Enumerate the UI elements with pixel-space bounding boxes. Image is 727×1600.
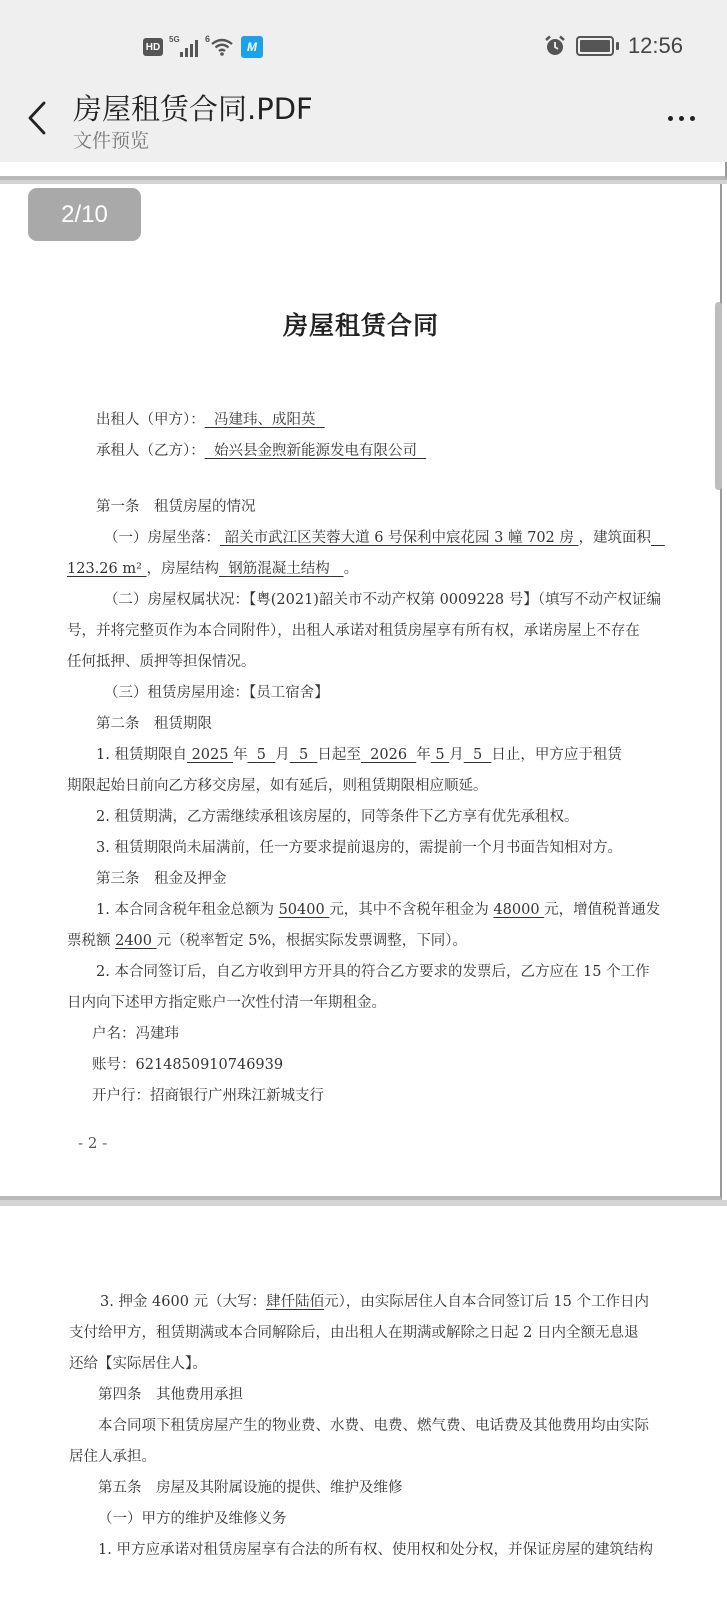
app-header: 房屋租赁合同.PDF 文件预览: [0, 80, 727, 162]
article-4-line1: 本合同项下租赁房屋产生的物业费、水费、电费、燃气费、电话费及其他费用均由实际: [98, 1414, 649, 1435]
page-number: - 2 -: [78, 1134, 107, 1152]
status-icons-right: 12:56: [544, 32, 683, 60]
article-3-3-line2: 支付给甲方，租赁期满或本合同解除后，由出租人在期满或解除之日起 2 日内全额无息…: [69, 1321, 638, 1342]
more-dots-icon: [668, 116, 673, 121]
app-notification-icon: M: [241, 36, 263, 58]
account-name: 户名：冯建玮: [92, 1022, 179, 1043]
account-number: 账号：6214850910746939: [92, 1053, 283, 1074]
more-options-button[interactable]: [661, 108, 701, 128]
article-3-1-line1: 1. 本合同含税年租金总额为 50400 元，其中不含税年租金为 48000 元…: [96, 898, 660, 919]
article-1-2-line3: 任何抵押、质押等担保情况。: [67, 650, 256, 671]
article-1-1-line2: 123.26 m² ，房屋结构 钢筋混凝土结构 。: [67, 557, 358, 578]
account-bank: 开户行：招商银行广州珠江新城支行: [92, 1084, 324, 1105]
file-subtitle: 文件预览: [73, 126, 149, 153]
status-bar: HD 5G 6 M 12:56: [0, 0, 727, 90]
article-4-heading: 第四条 其他费用承担: [98, 1383, 243, 1404]
article-2-2: 2. 租赁期满，乙方需继续承租该房屋的，同等条件下乙方享有优先承租权。: [96, 805, 578, 826]
article-2-3: 3. 租赁期限尚未届满前，任一方要求提前退房的，需提前一个月书面告知相对方。: [96, 836, 622, 857]
article-2-heading: 第二条 租赁期限: [96, 712, 212, 733]
status-icons-left: HD 5G 6 M: [143, 34, 263, 60]
article-1-2-line2: 号，并将完整页作为本合同附件），出租人承诺对租赁房屋享有所有权，承诺房屋上不存在: [67, 619, 640, 640]
lessee-name: 始兴县金煦新能源发电有限公司: [205, 443, 426, 459]
article-3-2-line1: 2. 本合同签订后，自乙方收到甲方开具的符合乙方要求的发票后，乙方应在 15 个…: [96, 960, 650, 981]
article-5-1-1: 1. 甲方应承诺对租赁房屋享有合法的所有权、使用权和处分权，并保证房屋的建筑结构: [98, 1538, 653, 1559]
lessee-line: 承租人（乙方）： 始兴县金煦新能源发电有限公司: [96, 439, 426, 460]
article-1-heading: 第一条 租赁房屋的情况: [96, 495, 256, 516]
signal-icon: 5G: [169, 37, 199, 57]
article-3-2-line2: 日内向下述甲方指定账户一次性付清一年期租金。: [67, 991, 386, 1012]
page-indicator: 2/10: [28, 188, 141, 241]
wifi-icon: 6: [205, 36, 235, 58]
article-1-3: （三）租赁房屋用途：【员工宿舍】: [104, 681, 329, 702]
hd-icon: HD: [143, 38, 163, 56]
file-title: 房屋租赁合同.PDF: [73, 87, 313, 128]
article-4-line2: 居住人承担。: [69, 1445, 156, 1466]
scrollbar[interactable]: [715, 302, 722, 490]
article-5-heading: 第五条 房屋及其附属设施的提供、维护及维修: [98, 1476, 403, 1497]
article-3-3-line3: 还给【实际居住人】。: [69, 1352, 207, 1373]
document-title: 房屋租赁合同: [0, 306, 722, 342]
article-2-1-line2: 期限起始日前向乙方移交房屋，如有延后，则租赁期限相应顺延。: [67, 774, 488, 795]
article-3-heading: 第三条 租金及押金: [96, 867, 227, 888]
article-1-1-line1: （一）房屋坐落： 韶关市武江区芙蓉大道 6 号保利中宸花园 3 幢 702 房 …: [104, 526, 665, 547]
lessor-line: 出租人（甲方）： 冯建玮、成阳英: [96, 408, 325, 429]
pdf-viewer[interactable]: 2/10 房屋租赁合同 出租人（甲方）： 冯建玮、成阳英 承租人（乙方）： 始兴…: [0, 162, 727, 1600]
pdf-page-2: 房屋租赁合同 出租人（甲方）： 冯建玮、成阳英 承租人（乙方）： 始兴县金煦新能…: [0, 184, 722, 1200]
article-3-1-line2: 票税额 2400 元（税率暂定 5%，根据实际发票调整，下同）。: [67, 929, 467, 950]
previous-page-bottom: [0, 162, 727, 180]
article-1-2-line1: （二）房屋权属状况：【粤(2021)韶关市不动产权第 0009228 号】（填写…: [104, 588, 661, 609]
chevron-left-icon: [27, 101, 47, 135]
lessor-name: 冯建玮、成阳英: [205, 412, 325, 428]
clock: 12:56: [628, 33, 683, 59]
back-button[interactable]: [22, 98, 52, 138]
battery-icon: [576, 36, 614, 56]
article-5-1: （一）甲方的维护及维修义务: [98, 1507, 287, 1528]
alarm-icon: [544, 35, 566, 57]
pdf-page-3: 3. 押金 4600 元（大写：肆仟陆佰元），由实际居住人自本合同签订后 15 …: [0, 1206, 722, 1600]
article-2-1-line1: 1. 租赁期限自 2025 年 5 月 5 日起至 2026 年 5 月 5 日…: [96, 743, 622, 764]
article-3-3-line1: 3. 押金 4600 元（大写：肆仟陆佰元），由实际居住人自本合同签订后 15 …: [100, 1290, 649, 1311]
